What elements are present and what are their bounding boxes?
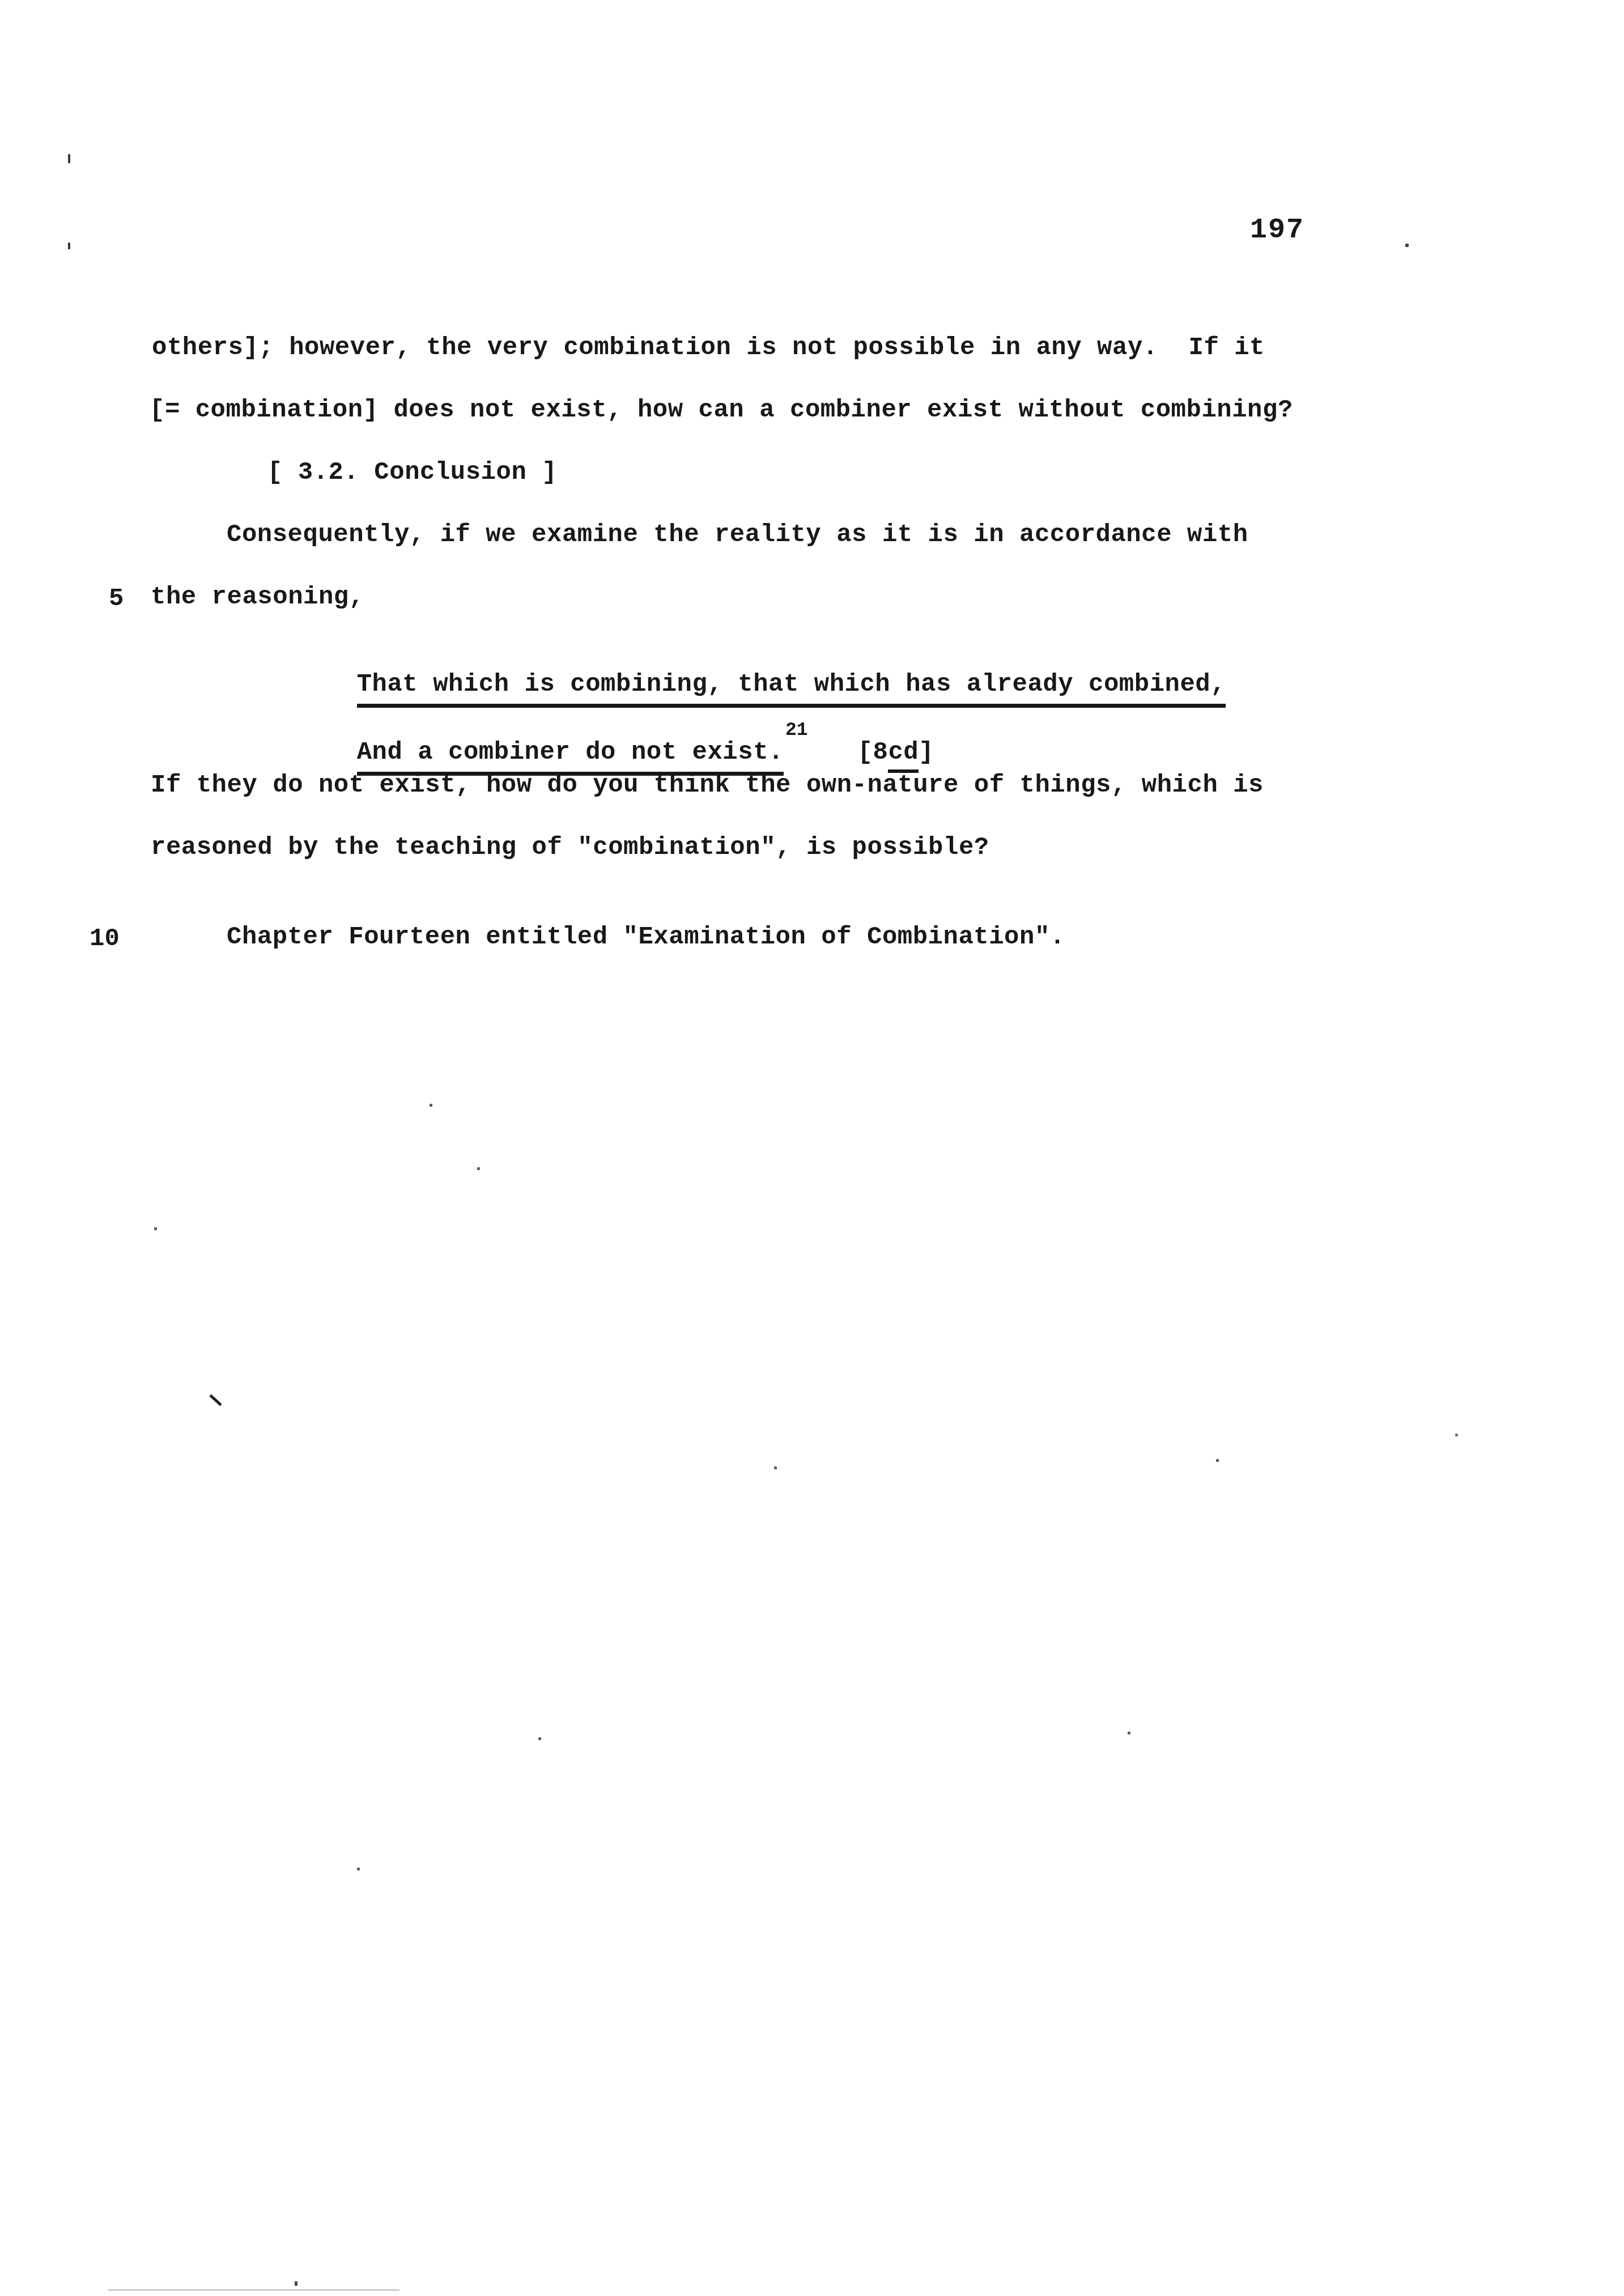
body-line-1: others]; however, the very combination i… [152, 335, 1265, 360]
scan-speck [295, 2281, 297, 2286]
scan-speck [209, 1394, 222, 1406]
citation-letters: cd [888, 738, 919, 773]
page-number: 197 [1250, 214, 1304, 246]
body-line-3: Consequently, if we examine the reality … [227, 522, 1248, 547]
scan-speck [357, 1868, 360, 1870]
body-line-6: reasoned by the teaching of "combination… [151, 835, 989, 860]
scan-speck [68, 243, 70, 249]
scan-speck [1216, 1459, 1219, 1462]
body-line-4: the reasoning, [151, 585, 364, 610]
scan-speck [1455, 1434, 1458, 1436]
body-line-2: [= combination] does not exist, how can … [150, 398, 1293, 423]
scan-speck [154, 1227, 157, 1230]
scan-speck [430, 1104, 432, 1107]
scan-speck [774, 1466, 777, 1469]
margin-line-number-10: 10 [90, 925, 120, 953]
scan-speck [477, 1167, 480, 1170]
scan-speck [1128, 1732, 1130, 1734]
scan-speck [1405, 244, 1409, 247]
chapter-colophon: Chapter Fourteen entitled "Examination o… [227, 925, 1065, 950]
section-heading: [ 3.2. Conclusion ] [267, 460, 557, 485]
verse-citation: [8cd] [858, 738, 934, 767]
scan-speck [538, 1737, 541, 1740]
footnote-reference: 21 [785, 720, 808, 741]
scan-speck [68, 154, 70, 163]
margin-line-number-5: 5 [109, 585, 124, 613]
verse-line-1-text: That which is combining, that which has … [357, 670, 1226, 708]
citation-open-bracket: [ [858, 738, 873, 767]
body-line-5: If they do not exist, how do you think t… [151, 773, 1264, 798]
citation-close-bracket: ] [919, 738, 934, 767]
scan-speck [108, 2289, 399, 2291]
citation-number: 8 [873, 738, 888, 767]
verse-line-2-text: And a combiner do not exist. [357, 738, 784, 776]
scanned-page: 197 5 10 others]; however, the very comb… [0, 0, 1624, 2296]
